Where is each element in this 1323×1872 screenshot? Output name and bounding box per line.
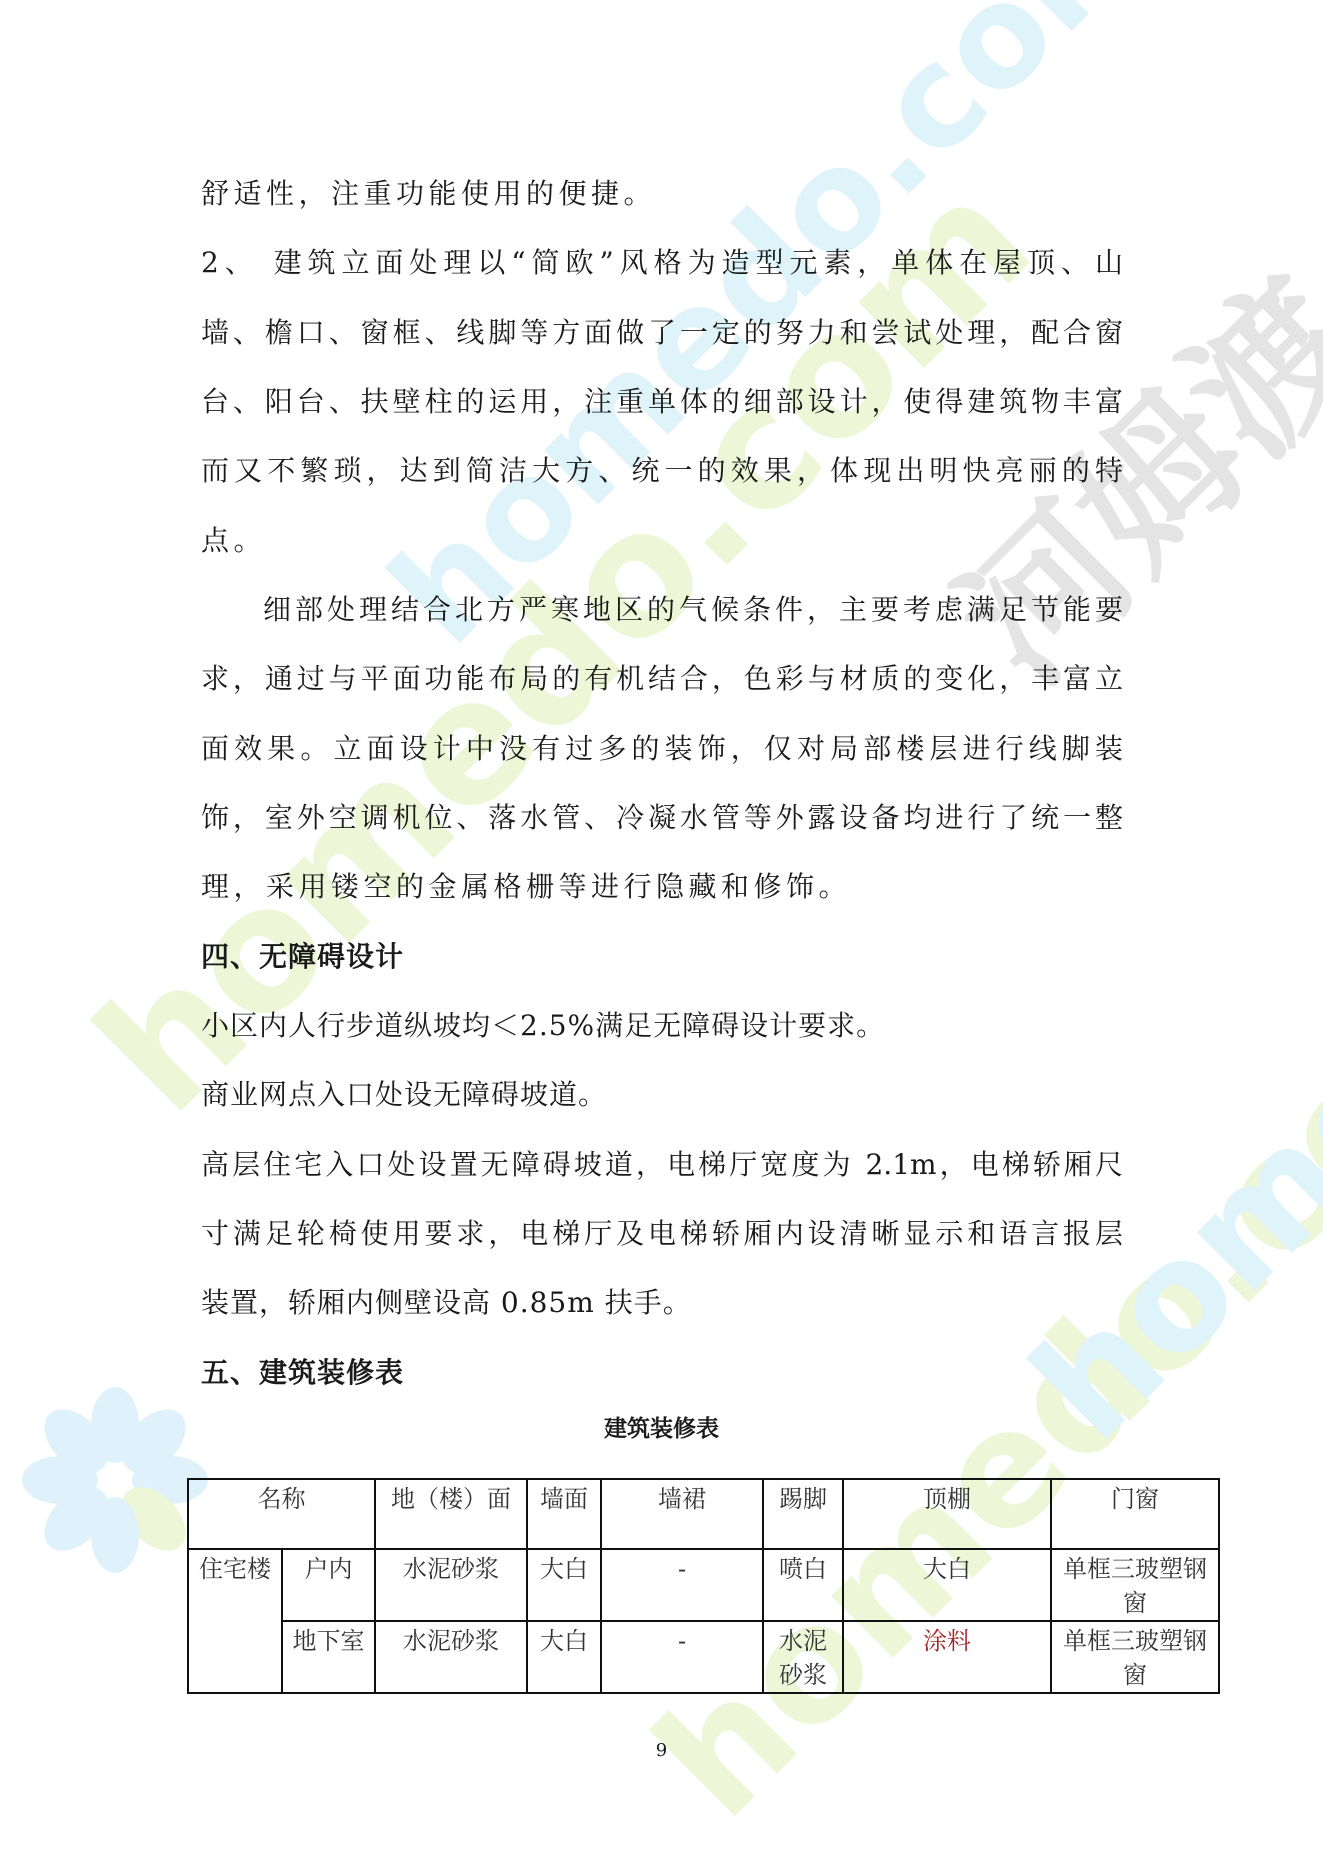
header-skirting: 踢脚 bbox=[763, 1479, 843, 1549]
section-heading: 四、无障碍设计 bbox=[201, 940, 404, 974]
table-header-row: 名称 地（楼）面 墙面 墙裙 踢脚 顶棚 门窗 bbox=[188, 1479, 1219, 1549]
paragraph-line: 求，通过与平面功能布局的有机结合，色彩与材质的变化，丰富立 bbox=[201, 662, 1123, 696]
header-dado: 墙裙 bbox=[601, 1479, 763, 1549]
paragraph-line: 点。 bbox=[201, 524, 266, 558]
paragraph-line: 台、阳台、扶壁柱的运用，注重单体的细部设计，使得建筑物丰富 bbox=[201, 385, 1123, 419]
skirting-cell: 喷白 bbox=[763, 1549, 843, 1621]
finishing-table: 名称 地（楼）面 墙面 墙裙 踢脚 顶棚 门窗 住宅楼 户内 水泥砂浆 大白 -… bbox=[187, 1478, 1220, 1694]
doors-windows-cell: 单框三玻塑钢窗 bbox=[1051, 1549, 1219, 1621]
paragraph-line: 装置，轿厢内侧壁设高 0.85m 扶手。 bbox=[201, 1286, 692, 1320]
document-page: 舒适性，注重功能使用的便捷。 2、 建筑立面处理以“简欧”风格为造型元素，单体在… bbox=[0, 0, 1323, 1872]
paragraph-line: 高层住宅入口处设置无障碍坡道，电梯厅宽度为 2.1m，电梯轿厢尺 bbox=[201, 1148, 1123, 1182]
dado-cell: - bbox=[601, 1621, 763, 1693]
group-cell: 住宅楼 bbox=[188, 1549, 282, 1693]
section-heading: 五、建筑装修表 bbox=[201, 1356, 404, 1390]
header-floor: 地（楼）面 bbox=[375, 1479, 527, 1549]
sub-cell: 户内 bbox=[282, 1549, 375, 1621]
table-row: 住宅楼 户内 水泥砂浆 大白 - 喷白 大白 单框三玻塑钢窗 bbox=[188, 1549, 1219, 1621]
paragraph-line: 2、 建筑立面处理以“简欧”风格为造型元素，单体在屋顶、山 bbox=[201, 246, 1123, 280]
wall-cell: 大白 bbox=[527, 1549, 601, 1621]
skirting-cell: 水泥砂浆 bbox=[763, 1621, 843, 1693]
paragraph-line: 商业网点入口处设无障碍坡道。 bbox=[201, 1078, 607, 1112]
paragraph-line: 而又不繁琐，达到简洁大方、统一的效果，体现出明快亮丽的特 bbox=[201, 454, 1123, 488]
paragraph-line: 小区内人行步道纵坡均＜2.5%满足无障碍设计要求。 bbox=[201, 1009, 885, 1043]
table-row: 地下室 水泥砂浆 大白 - 水泥砂浆 涂料 单框三玻塑钢窗 bbox=[188, 1621, 1219, 1693]
paragraph-line: 寸满足轮椅使用要求，电梯厅及电梯轿厢内设清晰显示和语言报层 bbox=[201, 1217, 1123, 1251]
header-name: 名称 bbox=[188, 1479, 375, 1549]
table-caption: 建筑装修表 bbox=[0, 1410, 1323, 1443]
doors-windows-cell: 单框三玻塑钢窗 bbox=[1051, 1621, 1219, 1693]
paragraph-line: 舒适性，注重功能使用的便捷。 bbox=[201, 177, 656, 211]
floor-cell: 水泥砂浆 bbox=[375, 1621, 527, 1693]
floor-cell: 水泥砂浆 bbox=[375, 1549, 527, 1621]
header-ceiling: 顶棚 bbox=[843, 1479, 1051, 1549]
dado-cell: - bbox=[601, 1549, 763, 1621]
wall-cell: 大白 bbox=[527, 1621, 601, 1693]
page-number: 9 bbox=[0, 1740, 1323, 1761]
paragraph-line: 细部处理结合北方严寒地区的气候条件，主要考虑满足节能要 bbox=[263, 593, 1123, 627]
paragraph-line: 理，采用镂空的金属格栅等进行隐藏和修饰。 bbox=[201, 870, 851, 904]
paragraph-line: 面效果。立面设计中没有过多的装饰，仅对局部楼层进行线脚装 bbox=[201, 732, 1123, 766]
paragraph-line: 墙、檐口、窗框、线脚等方面做了一定的努力和尝试处理，配合窗 bbox=[201, 316, 1123, 350]
header-doors-windows: 门窗 bbox=[1051, 1479, 1219, 1549]
paragraph-line: 饰，室外空调机位、落水管、冷凝水管等外露设备均进行了统一整 bbox=[201, 801, 1123, 835]
ceiling-cell-highlighted: 涂料 bbox=[843, 1621, 1051, 1693]
header-wall: 墙面 bbox=[527, 1479, 601, 1549]
sub-cell: 地下室 bbox=[282, 1621, 375, 1693]
ceiling-cell: 大白 bbox=[843, 1549, 1051, 1621]
